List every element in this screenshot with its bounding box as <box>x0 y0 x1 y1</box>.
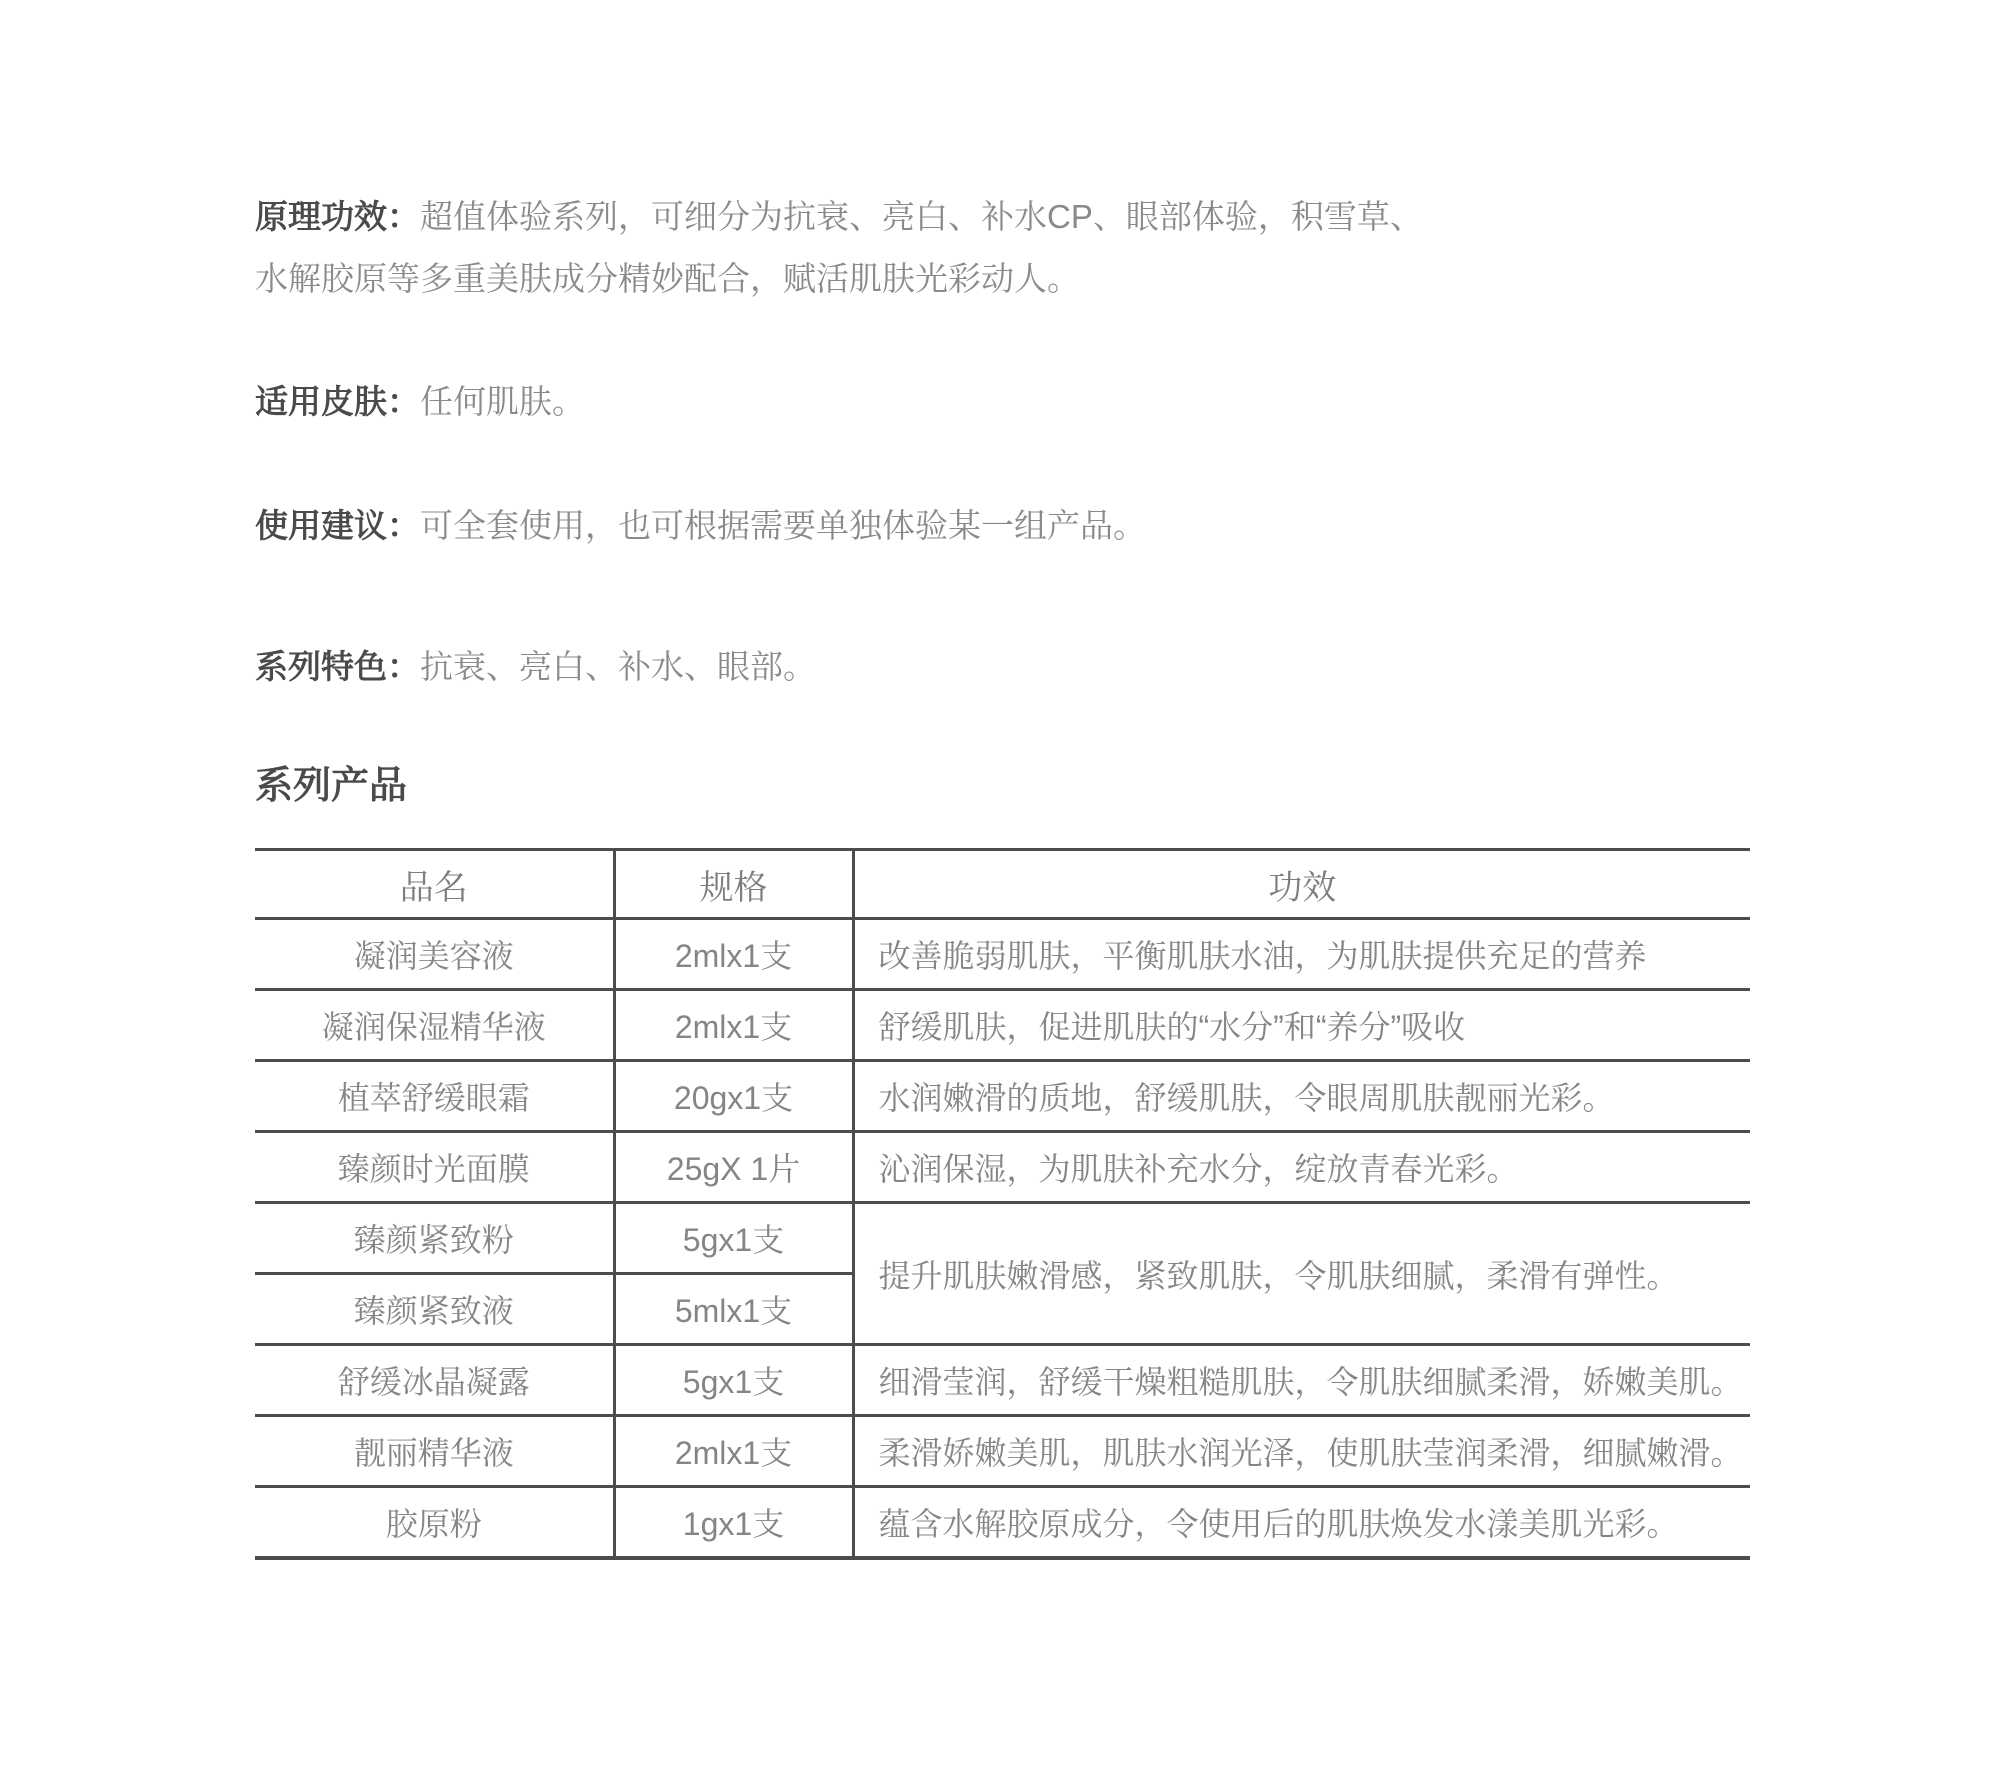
section-text-line-2: 水解胶原等多重美肤成分精妙配合，赋活肌肤光彩动人。 <box>255 248 1750 310</box>
table-row: 舒缓冰晶凝露 5gx1支 细滑莹润，舒缓干燥粗糙肌肤，令肌肤细腻柔滑，娇嫩美肌。 <box>255 1345 1750 1416</box>
section-principle-effect: 原理功效：超值体验系列，可细分为抗衰、亮白、补水CP、眼部体验，积雪草、 水解胶… <box>255 186 1750 310</box>
product-name: 臻颜紧致粉 <box>255 1203 614 1274</box>
product-name: 凝润美容液 <box>255 919 614 990</box>
table-row: 植萃舒缓眼霜 20gx1支 水润嫩滑的质地，舒缓肌肤，令眼周肌肤靓丽光彩。 <box>255 1061 1750 1132</box>
product-spec: 5gx1支 <box>614 1345 853 1416</box>
product-name: 植萃舒缓眼霜 <box>255 1061 614 1132</box>
section-text: 抗衰、亮白、补水、眼部。 <box>420 648 816 685</box>
section-text-line-1: 超值体验系列，可细分为抗衰、亮白、补水CP、眼部体验，积雪草、 <box>420 198 1423 235</box>
product-effect-merged: 提升肌肤嫩滑感，紧致肌肤，令肌肤细腻，柔滑有弹性。 <box>853 1203 1750 1345</box>
product-name: 凝润保湿精华液 <box>255 990 614 1061</box>
series-products-heading: 系列产品 <box>255 758 1750 814</box>
section-label: 系列特色： <box>255 648 420 685</box>
section-series-features: 系列特色：抗衰、亮白、补水、眼部。 <box>255 636 1750 698</box>
column-header-effect: 功效 <box>853 850 1750 919</box>
product-effect: 柔滑娇嫩美肌，肌肤水润光泽，使肌肤莹润柔滑，细腻嫩滑。 <box>853 1416 1750 1487</box>
product-spec: 1gx1支 <box>614 1487 853 1559</box>
product-spec: 25gX 1片 <box>614 1132 853 1203</box>
product-effect: 水润嫩滑的质地，舒缓肌肤，令眼周肌肤靓丽光彩。 <box>853 1061 1750 1132</box>
product-name: 臻颜紧致液 <box>255 1274 614 1345</box>
product-effect: 沁润保湿，为肌肤补充水分，绽放青春光彩。 <box>853 1132 1750 1203</box>
product-name: 臻颜时光面膜 <box>255 1132 614 1203</box>
product-effect: 蕴含水解胶原成分，令使用后的肌肤焕发水漾美肌光彩。 <box>853 1487 1750 1559</box>
section-usage-advice: 使用建议：可全套使用，也可根据需要单独体验某一组产品。 <box>255 495 1750 557</box>
table-row: 臻颜时光面膜 25gX 1片 沁润保湿，为肌肤补充水分，绽放青春光彩。 <box>255 1132 1750 1203</box>
product-spec: 5gx1支 <box>614 1203 853 1274</box>
section-label: 适用皮肤： <box>255 383 420 420</box>
product-spec: 2mlx1支 <box>614 1416 853 1487</box>
product-spec: 2mlx1支 <box>614 919 853 990</box>
product-name: 胶原粉 <box>255 1487 614 1559</box>
product-effect: 舒缓肌肤，促进肌肤的“水分”和“养分”吸收 <box>853 990 1750 1061</box>
section-text: 任何肌肤。 <box>420 383 585 420</box>
product-spec: 2mlx1支 <box>614 990 853 1061</box>
table-row: 靓丽精华液 2mlx1支 柔滑娇嫩美肌，肌肤水润光泽，使肌肤莹润柔滑，细腻嫩滑。 <box>255 1416 1750 1487</box>
column-header-spec: 规格 <box>614 850 853 919</box>
product-name: 舒缓冰晶凝露 <box>255 1345 614 1416</box>
products-table: 品名 规格 功效 凝润美容液 2mlx1支 改善脆弱肌肤，平衡肌肤水油，为肌肤提… <box>255 848 1750 1560</box>
table-row: 凝润保湿精华液 2mlx1支 舒缓肌肤，促进肌肤的“水分”和“养分”吸收 <box>255 990 1750 1061</box>
product-spec: 5mlx1支 <box>614 1274 853 1345</box>
document-content: 原理功效：超值体验系列，可细分为抗衰、亮白、补水CP、眼部体验，积雪草、 水解胶… <box>255 0 1750 1560</box>
table-row: 胶原粉 1gx1支 蕴含水解胶原成分，令使用后的肌肤焕发水漾美肌光彩。 <box>255 1487 1750 1559</box>
product-spec: 20gx1支 <box>614 1061 853 1132</box>
section-label: 使用建议： <box>255 507 420 544</box>
section-label: 原理功效： <box>255 198 420 235</box>
section-suitable-skin: 适用皮肤：任何肌肤。 <box>255 371 1750 433</box>
section-text: 可全套使用，也可根据需要单独体验某一组产品。 <box>420 507 1146 544</box>
product-name: 靓丽精华液 <box>255 1416 614 1487</box>
table-header-row: 品名 规格 功效 <box>255 850 1750 919</box>
product-effect: 改善脆弱肌肤，平衡肌肤水油，为肌肤提供充足的营养 <box>853 919 1750 990</box>
document-page: 原理功效：超值体验系列，可细分为抗衰、亮白、补水CP、眼部体验，积雪草、 水解胶… <box>0 0 2004 1772</box>
table-row: 臻颜紧致粉 5gx1支 提升肌肤嫩滑感，紧致肌肤，令肌肤细腻，柔滑有弹性。 <box>255 1203 1750 1274</box>
column-header-name: 品名 <box>255 850 614 919</box>
table-row: 凝润美容液 2mlx1支 改善脆弱肌肤，平衡肌肤水油，为肌肤提供充足的营养 <box>255 919 1750 990</box>
product-effect: 细滑莹润，舒缓干燥粗糙肌肤，令肌肤细腻柔滑，娇嫩美肌。 <box>853 1345 1750 1416</box>
